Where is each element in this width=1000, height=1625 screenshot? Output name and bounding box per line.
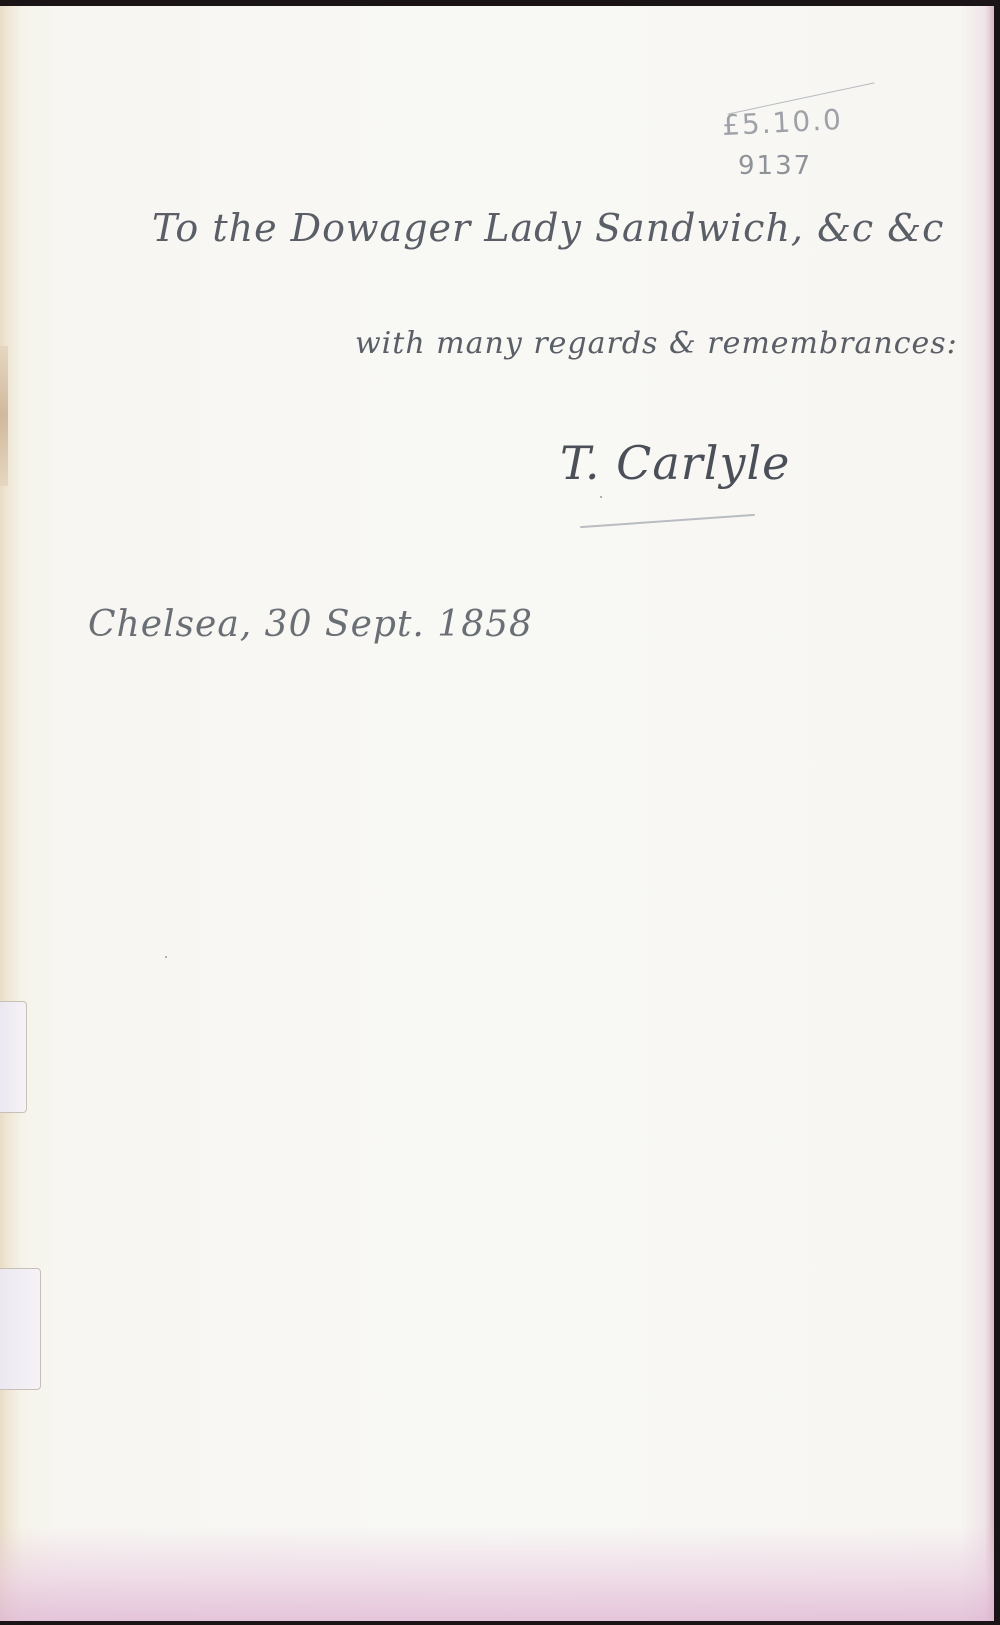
paper-speck bbox=[165, 956, 167, 958]
inscription-line-1: To the Dowager Lady Sandwich, &c &c bbox=[152, 206, 944, 250]
spine-stain bbox=[0, 346, 8, 486]
inscription-line-2: with many regards & remembrances: bbox=[355, 326, 958, 361]
binding-tab-lower bbox=[0, 1268, 41, 1390]
paper-speck bbox=[600, 496, 602, 498]
place-and-date: Chelsea, 30 Sept. 1858 bbox=[88, 604, 533, 645]
signature-underline bbox=[580, 514, 755, 528]
signature: T. Carlyle bbox=[560, 436, 790, 490]
flyleaf-page: £5.10.0 9137 To the Dowager Lady Sandwic… bbox=[0, 6, 994, 1621]
pencil-price: £5.10.0 bbox=[721, 103, 843, 142]
binding-tab-upper bbox=[0, 1001, 27, 1113]
pencil-catalogue-number: 9137 bbox=[738, 151, 812, 181]
